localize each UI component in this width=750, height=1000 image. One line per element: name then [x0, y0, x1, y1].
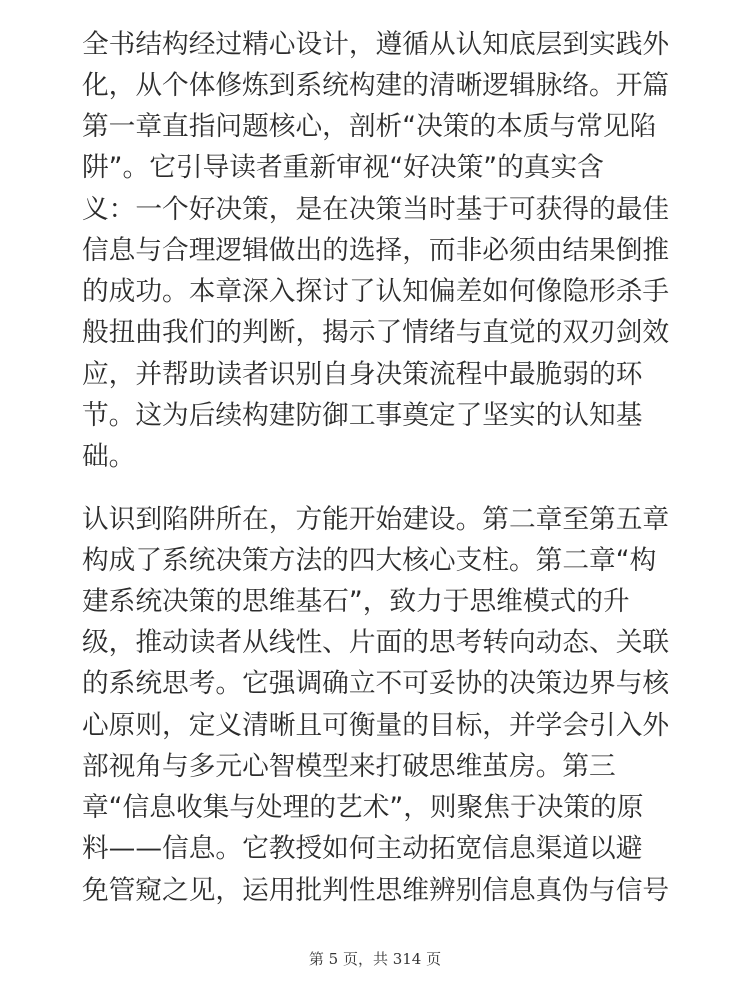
text-line: 化，从个体修炼到系统构建的清晰逻辑脉络。开篇: [82, 69, 669, 103]
text-line: 础。: [82, 440, 135, 474]
text-line: 建系统决策的思维基石”，致力于思维模式的升: [82, 585, 630, 619]
text-line: 级，推动读者从线性、片面的思考转向动态、关联: [82, 626, 669, 660]
text-line: 节。这为后续构建防御工事奠定了坚实的认知基: [82, 399, 642, 433]
text-line: 第一章直指问题核心，剖析“决策的本质与常见陷: [82, 110, 656, 144]
text-line: 般扭曲我们的判断，揭示了情绪与直觉的双刃剑效: [82, 316, 669, 350]
text-line: 免管窥之见，运用批判性思维辨别信息真伪与信号: [82, 874, 669, 908]
text-line: 章“信息收集与处理的艺术”，则聚焦于决策的原: [82, 791, 643, 825]
text-line: 构成了系统决策方法的四大核心支柱。第二章“构: [82, 544, 656, 578]
text-line: 全书结构经过精心设计，遵循从认知底层到实践外: [82, 28, 669, 62]
text-line: 的系统思考。它强调确立不可妥协的决策边界与核: [82, 667, 669, 701]
text-line: 阱”。它引导读者重新审视“好决策”的真实含: [82, 151, 604, 185]
text-line: 认识到陷阱所在，方能开始建设。第二章至第五章: [82, 503, 669, 537]
page-number-footer: 第 5 页，共 314 页: [0, 948, 750, 969]
text-line: 心原则，定义清晰且可衡量的目标，并学会引入外: [82, 709, 669, 743]
text-line: 的成功。本章深入探讨了认知偏差如何像隐形杀手: [82, 275, 669, 309]
text-line: 应，并帮助读者识别自身决策流程中最脆弱的环: [82, 358, 642, 392]
text-line: 义：一个好决策，是在决策当时基于可获得的最佳: [82, 193, 669, 227]
text-line: 部视角与多元心智模型来打破思维茧房。第三: [82, 750, 616, 784]
text-line: 料——信息。它教授如何主动拓宽信息渠道以避: [82, 832, 642, 866]
document-page: 全书结构经过精心设计，遵循从认知底层到实践外 化，从个体修炼到系统构建的清晰逻辑…: [0, 0, 750, 1000]
text-line: 信息与合理逻辑做出的选择，而非必须由结果倒推: [82, 234, 669, 268]
